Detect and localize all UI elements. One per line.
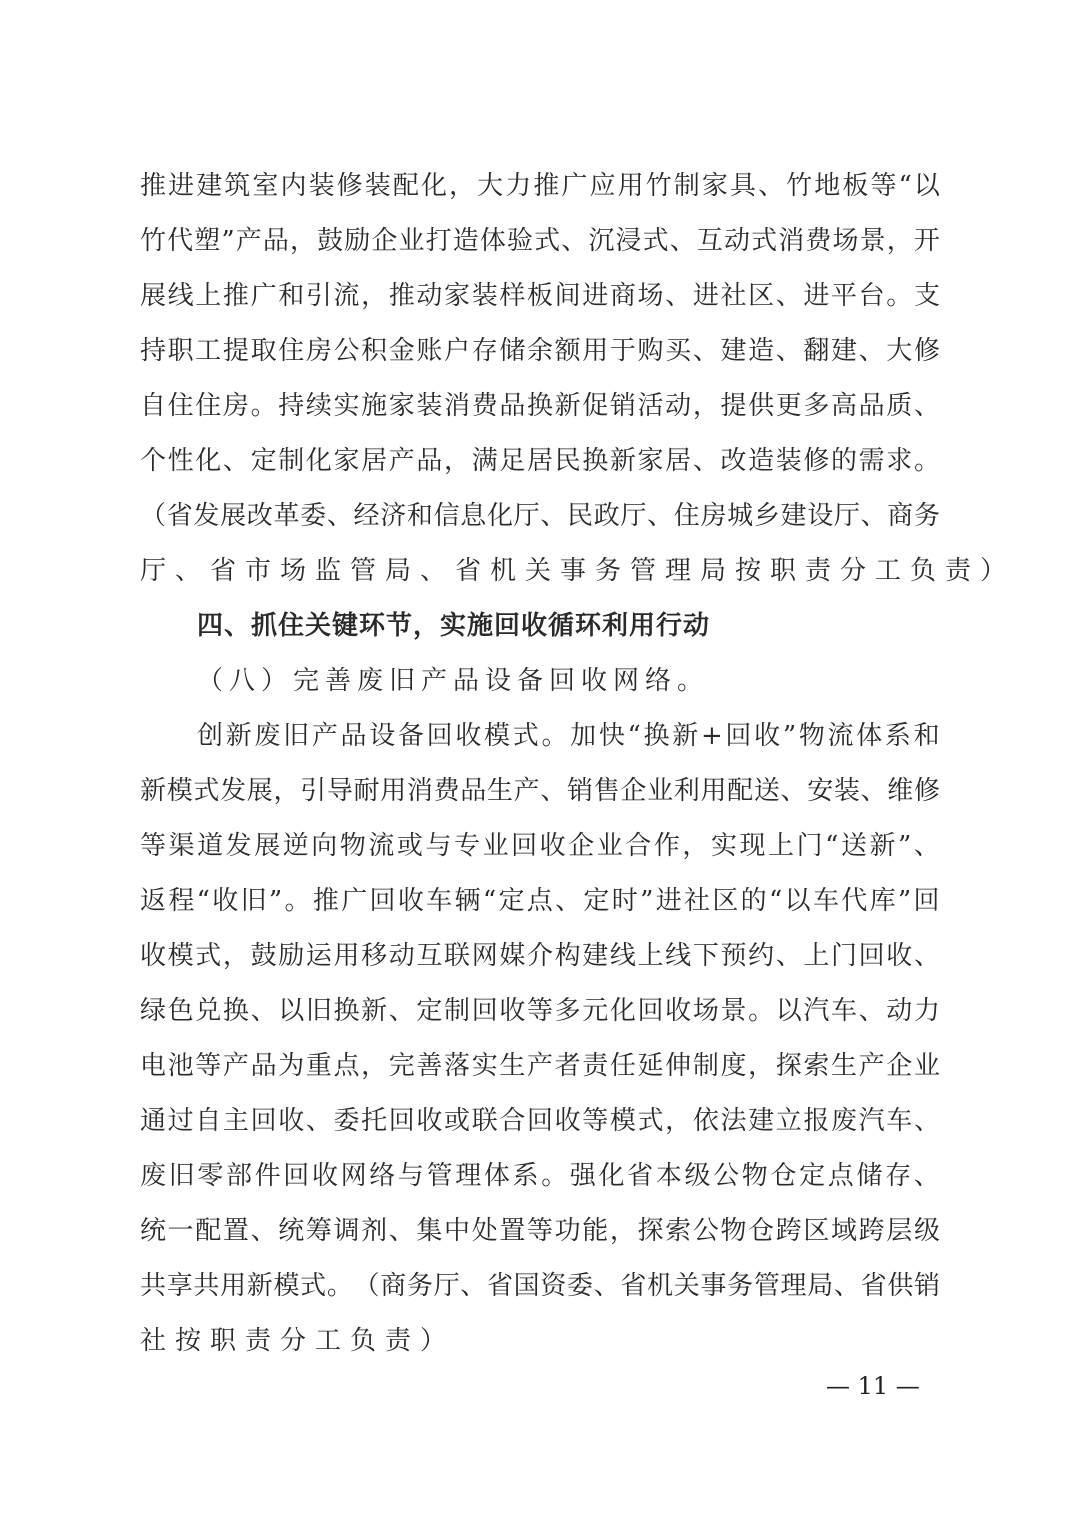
paragraph-line: 创新废旧产品设备回收模式。加快“换新+回收”物流体系和	[197, 716, 940, 756]
paragraph-line: 通过自主回收、委托回收或联合回收等模式，依法建立报废汽车、	[140, 1101, 940, 1141]
paragraph-line: 展线上推广和引流，推动家装样板间进商场、进社区、进平台。支	[140, 276, 940, 316]
section-heading: 四、抓住关键环节，实施回收循环利用行动	[197, 606, 940, 646]
subsection-heading: （八）完善废旧产品设备回收网络。	[197, 661, 940, 701]
paragraph-line: 收模式，鼓励运用移动互联网媒介构建线上线下预约、上门回收、	[140, 936, 940, 976]
paragraph-line: 持职工提取住房公积金账户存储余额用于购买、建造、翻建、大修	[140, 331, 940, 371]
paragraph-line: 统一配置、统筹调剂、集中处置等功能，探索公物仓跨区域跨层级	[140, 1211, 940, 1251]
paragraph-line: （省发展改革委、经济和信息化厅、民政厅、住房城乡建设厅、商务	[140, 496, 940, 536]
paragraph-line: 绿色兑换、以旧换新、定制回收等多元化回收场景。以汽车、动力	[140, 991, 940, 1031]
paragraph-line: 厅、省市场监管局、省机关事务管理局按职责分工负责）	[140, 551, 940, 591]
paragraph-line: 废旧零部件回收网络与管理体系。强化省本级公物仓定点储存、	[140, 1156, 940, 1196]
paragraph-line: 新模式发展，引导耐用消费品生产、销售企业利用配送、安装、维修	[140, 771, 940, 811]
paragraph-line: 个性化、定制化家居产品，满足居民换新家居、改造装修的需求。	[140, 441, 940, 481]
paragraph-line: 竹代塑”产品，鼓励企业打造体验式、沉浸式、互动式消费场景，开	[140, 221, 940, 261]
paragraph-line: 电池等产品为重点，完善落实生产者责任延伸制度，探索生产企业	[140, 1046, 940, 1086]
paragraph-line: 社按职责分工负责）	[140, 1321, 940, 1361]
paragraph-line: 返程“收旧”。推广回收车辆“定点、定时”进社区的“以车代库”回	[140, 881, 940, 921]
paragraph-line: 等渠道发展逆向物流或与专业回收企业合作，实现上门“送新”、	[140, 826, 940, 866]
paragraph-line: 自住住房。持续实施家装消费品换新促销活动，提供更多高品质、	[140, 386, 940, 426]
paragraph-line: 推进建筑室内装修装配化，大力推广应用竹制家具、竹地板等“以	[140, 166, 940, 206]
paragraph-line: 共享共用新模式。（商务厅、省国资委、省机关事务管理局、省供销	[140, 1266, 940, 1306]
page-number: — 11 —	[826, 1366, 920, 1406]
document-page: 推进建筑室内装修装配化，大力推广应用竹制家具、竹地板等“以竹代塑”产品，鼓励企业…	[0, 0, 1080, 1528]
